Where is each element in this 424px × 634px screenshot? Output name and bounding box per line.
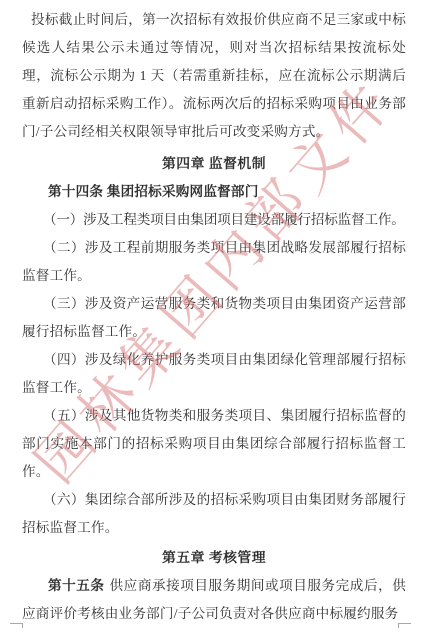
page-margin-mark-bottom-right <box>398 623 411 628</box>
article-14-heading: 第十四条 集团招标采购网监督部门 <box>22 178 406 206</box>
page-margin-mark-bottom-left <box>10 623 23 628</box>
chapter-4-heading: 第四章 监督机制 <box>22 150 406 178</box>
supervision-item-2: （二）涉及工程前期服务类项目由集团战略发展部履行招标监督工作。 <box>22 234 406 290</box>
supervision-item-3: （三）涉及资产运营服务类和货物类项目由集团资产运营部履行招标监督工作。 <box>22 290 406 346</box>
supervision-item-1: （一）涉及工程类项目由集团项目建设部履行招标监督工作。 <box>22 206 406 234</box>
document-page: 园林集团内部文件 投标截止时间后，第一次招标有效报价供应商不足三家或中标候选人结… <box>0 0 424 634</box>
document-content: 投标截止时间后，第一次招标有效报价供应商不足三家或中标候选人结果公示未通过等情况… <box>0 0 424 628</box>
supervision-item-4: （四）涉及绿化养护服务类项目由集团绿化管理部履行招标监督工作。 <box>22 346 406 402</box>
chapter-5-heading: 第五章 考核管理 <box>22 544 406 572</box>
supervision-item-5: （五）涉及其他货物类和服务类项目、集团履行招标监督的部门实施本部门的招标采购项目… <box>22 402 406 486</box>
paragraph-bid-failure-rules: 投标截止时间后，第一次招标有效报价供应商不足三家或中标候选人结果公示未通过等情况… <box>22 6 406 146</box>
supervision-item-6: （六）集团综合部所涉及的招标采购项目由集团财务部履行招标监督工作。 <box>22 486 406 542</box>
article-15-term: 第十五条 <box>48 578 105 593</box>
article-15-paragraph: 第十五条供应商承接项目服务期间或项目服务完成后，供应商评价考核由业务部门/子公司… <box>22 572 406 628</box>
